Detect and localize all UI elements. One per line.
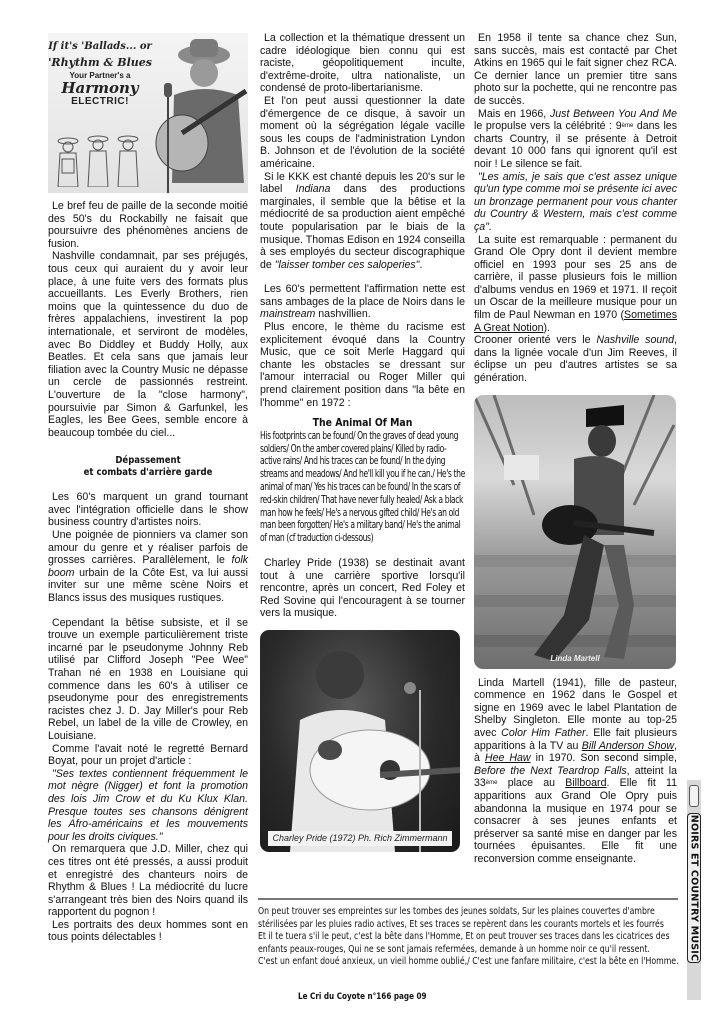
paragraph: Une poignée de pionniers va clamer son a…	[48, 529, 248, 605]
advert-text: If it's 'Ballads... or 'Rhythm & Blues Y…	[48, 39, 152, 107]
paragraph: Crooner orienté vers le Nashville sound,…	[474, 334, 677, 384]
paragraph: Linda Martell (1941), fille de pasteur, …	[474, 677, 677, 866]
mini-logo-tab	[689, 785, 699, 807]
band-musicians-illustration	[52, 129, 152, 187]
article-column-1: Le bref feu de paille de la seconde moit…	[48, 200, 248, 944]
paragraph: On remarquera que J.D. Miller, chez qui …	[48, 843, 248, 919]
section-tab: NOIRS ET COUNTRY MUSIC	[687, 813, 701, 963]
advert-line5: ELECTRIC!	[48, 96, 152, 107]
photo-caption: Charley Pride (1972) Ph. Rich Zimmermann	[268, 831, 452, 846]
paragraph: Les 60's marquent un grand tournant avec…	[48, 491, 248, 529]
charley-pride-photo: Charley Pride (1972) Ph. Rich Zimmermann	[260, 630, 460, 852]
quote: "Ses textes contiennent fréquemment le m…	[48, 768, 248, 844]
advert-line1: If it's 'Ballads... or	[48, 39, 152, 55]
translation-line: Et il te tuera s'il le peut, c'est la bê…	[258, 931, 679, 956]
paragraph: Les 60's permettent l'affirmation nette …	[260, 283, 465, 321]
paragraph: En 1958 il tente sa chance chez Sun, san…	[474, 32, 677, 108]
paragraph: Et l'on peut aussi questionner la date d…	[260, 95, 465, 171]
cowboy-guitarist-illustration	[152, 33, 248, 193]
advert-line4: Harmony	[48, 80, 152, 96]
subheading-line-1: Dépassement	[63, 455, 233, 467]
paragraph: Si le KKK est chanté depuis les 20's sur…	[260, 171, 465, 272]
paragraph: Mais en 1966, Just Between You And Me le…	[474, 108, 677, 171]
paragraph: Les portraits des deux hommes sont en to…	[48, 919, 248, 944]
article-column-2: La collection et la thématique dressent …	[260, 32, 465, 852]
paragraph: Charley Pride (1938) se destinait avant …	[260, 557, 465, 620]
harmony-electric-advert: If it's 'Ballads... or 'Rhythm & Blues Y…	[48, 33, 248, 193]
page-footer: Le Cri du Coyote n°166 page 09	[298, 992, 427, 1002]
poem-title: The Animal Of Man	[275, 417, 449, 430]
translation-line: C'est un enfant doué anxieux, un vieil h…	[258, 956, 679, 969]
poem-translation: On peut trouver ses empreintes sur les t…	[258, 906, 679, 969]
quote: "Les amis, je sais que c'est assez uniqu…	[474, 171, 677, 234]
paragraph: Le bref feu de paille de la seconde moit…	[48, 200, 248, 250]
poem-lyrics: His footprints can be found/ On the grav…	[260, 430, 465, 545]
linda-martell-photo: Linda Martell	[474, 395, 676, 669]
paragraph: Comme l'avait noté le regretté Bernard B…	[48, 743, 248, 768]
paragraph: Cependant la bêtise subsiste, et il se t…	[48, 617, 248, 743]
paragraph: La collection et la thématique dressent …	[260, 32, 465, 95]
guitarist-on-fence-illustration	[474, 395, 676, 669]
photo-caption: Linda Martell	[474, 653, 676, 666]
article-column-3: En 1958 il tente sa chance chez Sun, san…	[474, 32, 677, 866]
section-tab-label: NOIRS ET COUNTRY MUSIC	[689, 815, 700, 961]
paragraph: Plus encore, le thème du racisme est exp…	[260, 321, 465, 409]
paragraph: La suite est remarquable : permanent du …	[474, 234, 677, 335]
paragraph: Nashville condamnait, par ses préjugés, …	[48, 250, 248, 439]
subheading-line-2: et combats d'arrière garde	[63, 467, 233, 479]
advert-line2: 'Rhythm & Blues	[48, 55, 152, 71]
performer-photo-illustration	[260, 630, 460, 852]
section-subheading: Dépassement et combats d'arrière garde	[63, 455, 233, 479]
divider-rule	[258, 898, 678, 900]
translation-line: On peut trouver ses empreintes sur les t…	[258, 906, 679, 931]
